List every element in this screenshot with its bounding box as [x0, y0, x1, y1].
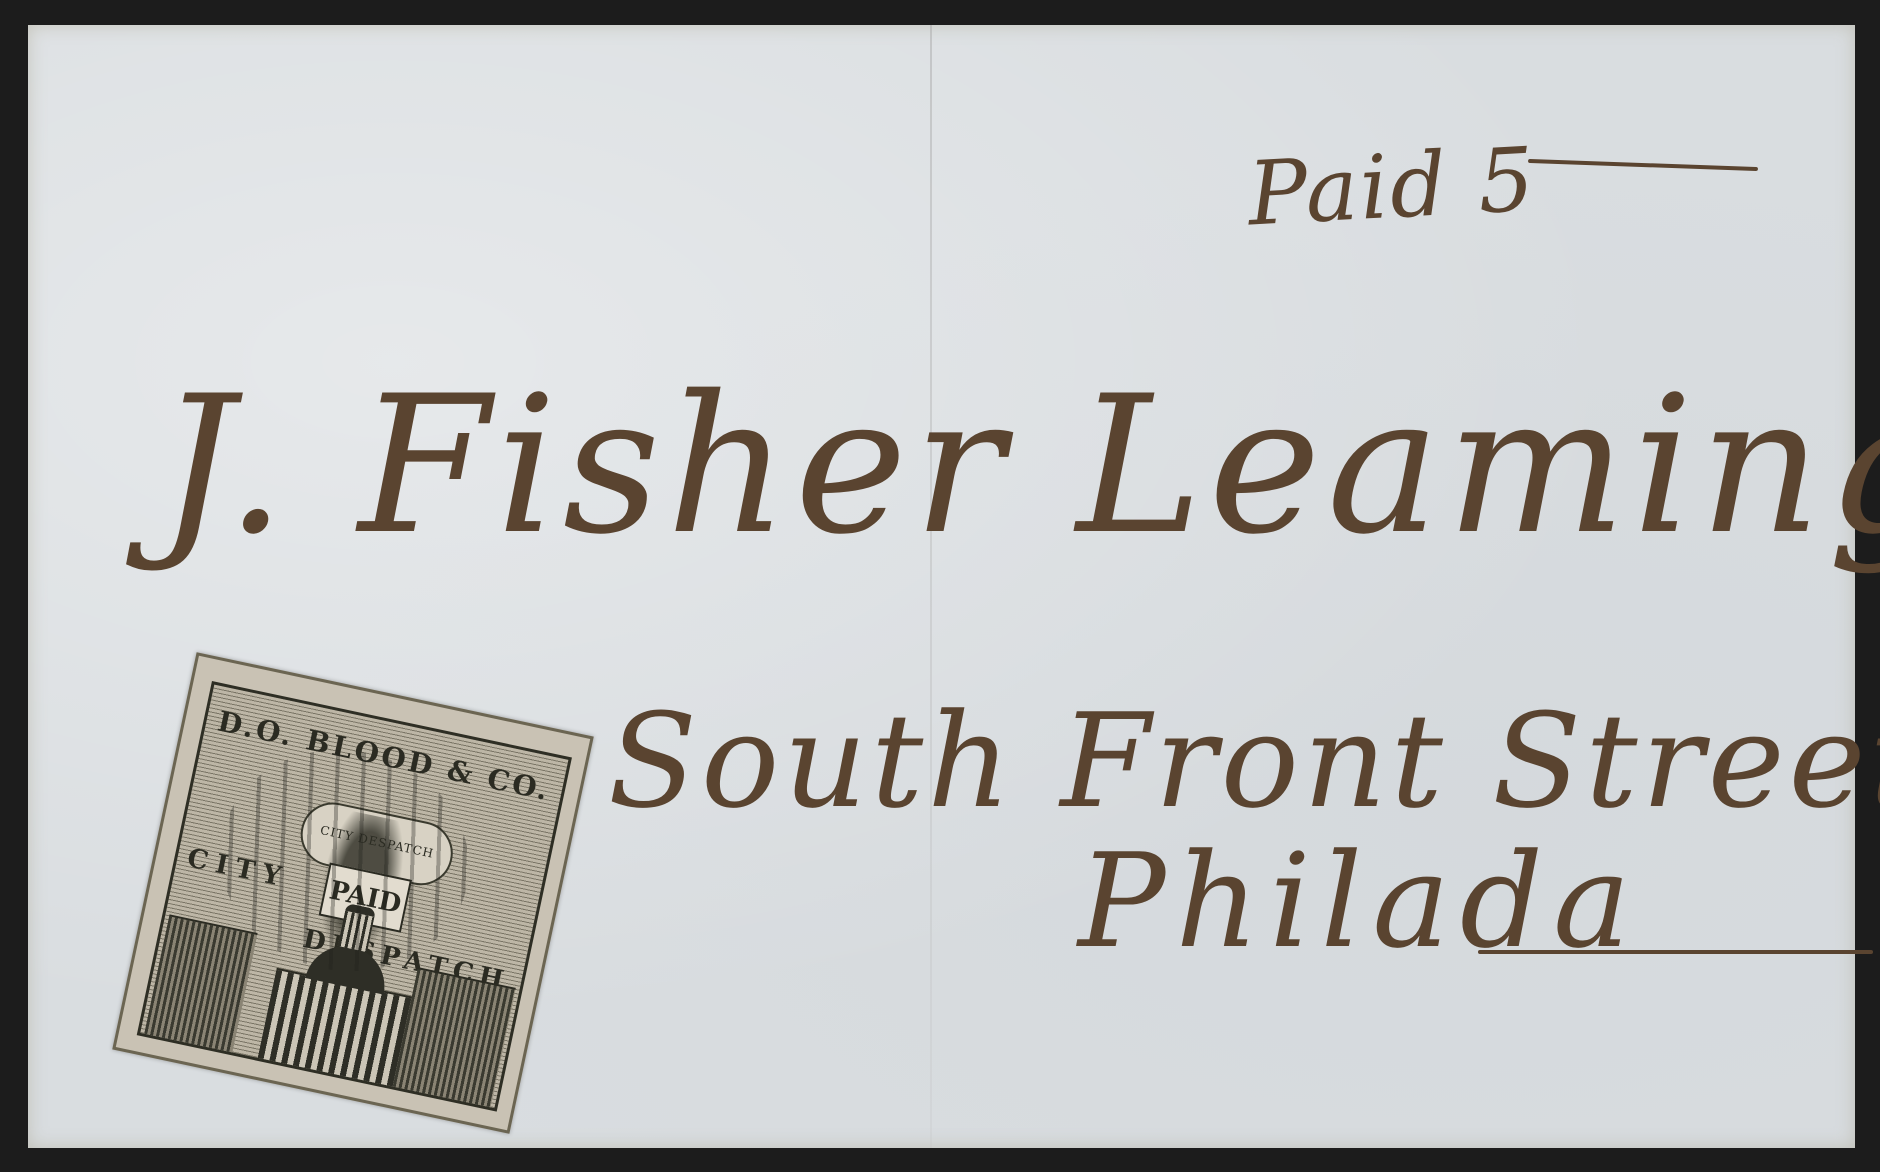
address-city-flourish — [1478, 950, 1873, 954]
address-addressee: J. Fisher Leaming Esq — [158, 355, 1880, 576]
address-city: Philada — [1078, 825, 1641, 977]
rate-note-flourish — [1528, 159, 1758, 171]
rate-note: Paid 5 — [1246, 128, 1539, 246]
building-right-icon — [393, 967, 516, 1107]
fold-line — [930, 25, 932, 1148]
rotunda-icon — [258, 968, 414, 1087]
postage-stamp: D.O. BLOOD & CO. CITY DESPATCH PAID CITY… — [112, 652, 594, 1134]
address-street: South Front Street — [608, 685, 1880, 837]
building-left-icon — [144, 914, 257, 1052]
